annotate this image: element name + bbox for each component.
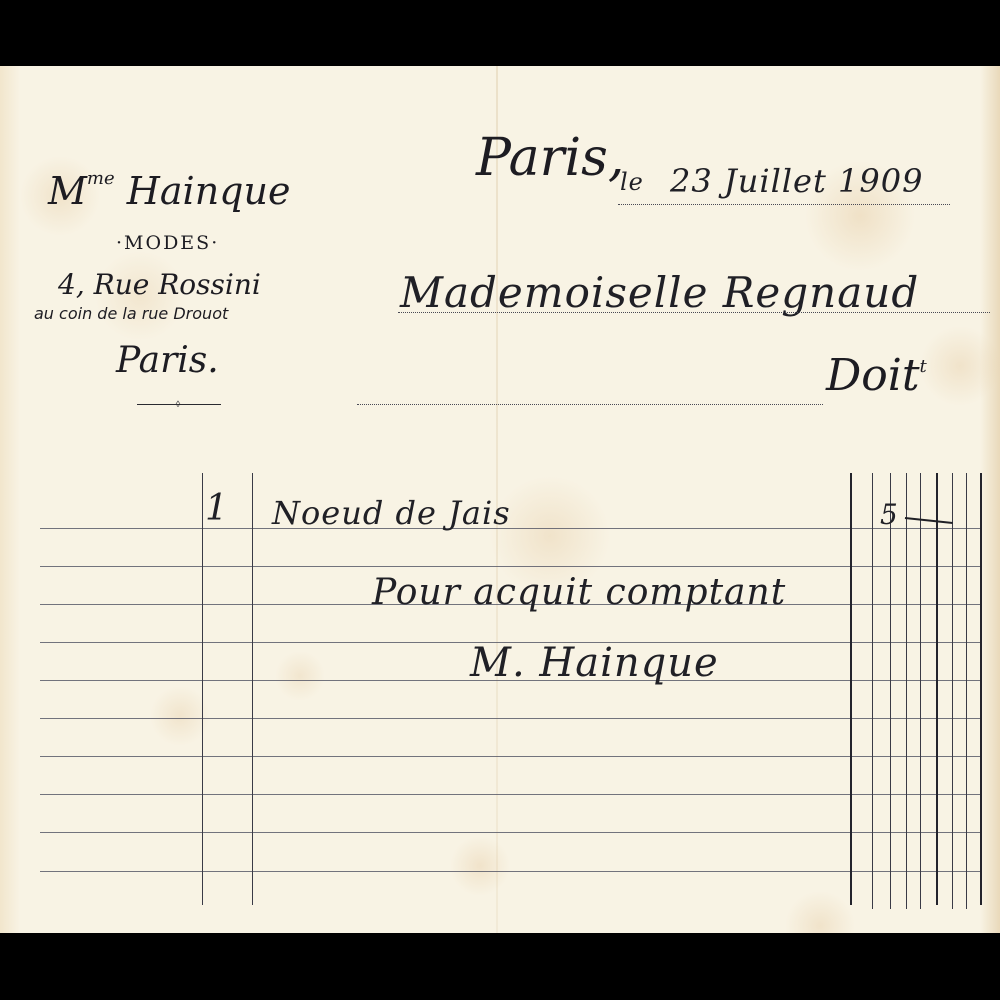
doit-label: Doitt <box>826 350 927 401</box>
ledger-column-line <box>872 473 873 909</box>
ledger-rule-line <box>40 871 982 872</box>
ledger-column-line <box>980 473 982 905</box>
date-place: Paris, <box>476 128 624 188</box>
date-le: le <box>620 168 644 196</box>
ledger-column-line <box>252 473 253 905</box>
date-dotted-line <box>618 204 950 205</box>
item-amount: 5 <box>880 498 899 531</box>
signature: M. Hainque <box>470 640 719 686</box>
divider-ornament-icon: ◊ <box>174 399 182 409</box>
receipt-note: Pour acquit comptant <box>372 572 786 613</box>
ledger-column-line <box>936 473 938 905</box>
second-dotted-line <box>357 404 823 405</box>
ledger-rule-line <box>40 756 982 757</box>
ledger-column-line <box>952 473 953 909</box>
letterhead-corner: au coin de la rue Drouot <box>34 304 228 323</box>
ledger-rule-line <box>40 794 982 795</box>
ledger-column-line <box>890 473 891 909</box>
ledger-column-line <box>850 473 852 905</box>
ledger-rule-line <box>40 566 982 567</box>
item-description: Noeud de Jais <box>272 494 511 532</box>
letterhead-name: Mme Hainque <box>48 168 290 213</box>
item-quantity: 1 <box>205 488 229 529</box>
letterhead-city: Paris. <box>116 340 219 381</box>
letterhead-street: 4, Rue Rossini <box>58 268 261 301</box>
ledger-column-line <box>202 473 203 905</box>
letterhead-trade: ·MODES· <box>116 232 219 254</box>
ledger-rule-line <box>40 528 982 529</box>
ledger-column-line <box>906 473 907 909</box>
addressee: Mademoiselle Regnaud <box>400 268 919 317</box>
ledger-rule-line <box>40 832 982 833</box>
ledger-column-line <box>920 473 921 909</box>
addressee-dotted-line <box>398 312 990 313</box>
invoice-date: 23 Juillet 1909 <box>670 162 923 200</box>
ledger-rule-line <box>40 718 982 719</box>
ledger-column-line <box>966 473 967 909</box>
